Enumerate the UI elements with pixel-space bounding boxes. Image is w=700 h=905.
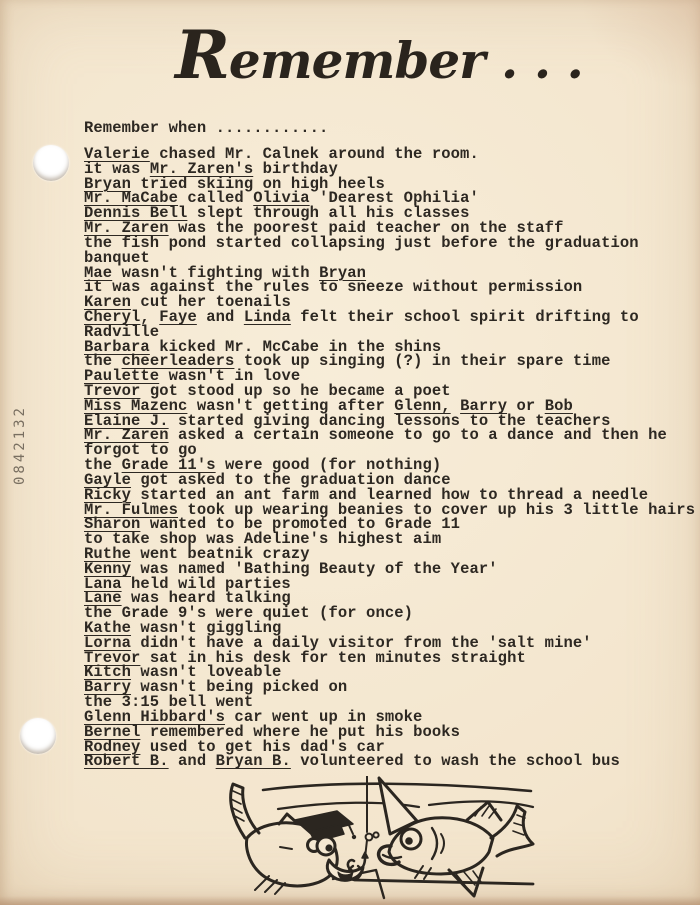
graduate-fish	[231, 784, 363, 894]
line-text: the fish pond started collapsing just be…	[84, 234, 639, 252]
punch-hole-top	[33, 145, 69, 181]
line-text: asked a certain someone to go to a dance…	[169, 426, 667, 444]
fish-cartoon-illustration	[183, 776, 535, 904]
underlined-name: Robert B.	[84, 752, 169, 770]
line-text: and	[169, 752, 216, 770]
page-title: Remember . . .	[0, 16, 700, 94]
remember-line: Robert B. and Bryan B. volunteered to wa…	[84, 754, 700, 769]
remember-when-heading: Remember when ............	[84, 119, 328, 137]
ground-line-icon	[355, 880, 533, 884]
stamp-number: 0842132	[12, 389, 30, 501]
dunce-fish	[379, 778, 533, 896]
line-text: and	[197, 308, 244, 326]
remember-line: Cheryl, Faye and Linda felt their school…	[84, 310, 700, 325]
underlined-name: Bryan B.	[216, 752, 291, 770]
scanned-yearbook-page: Remember . . . Remember when ...........…	[0, 0, 700, 905]
line-text: volunteered to wash the school bus	[291, 752, 620, 770]
underlined-name: Faye	[159, 308, 197, 326]
water-line-icon	[263, 784, 531, 791]
remember-list: Valerie chased Mr. Calnek around the roo…	[84, 147, 700, 769]
underlined-name: Linda	[244, 308, 291, 326]
remember-line: the fish pond started collapsing just be…	[84, 236, 700, 251]
punch-hole-bottom	[20, 718, 56, 754]
line-text: felt their school spirit drifting to	[291, 308, 639, 326]
